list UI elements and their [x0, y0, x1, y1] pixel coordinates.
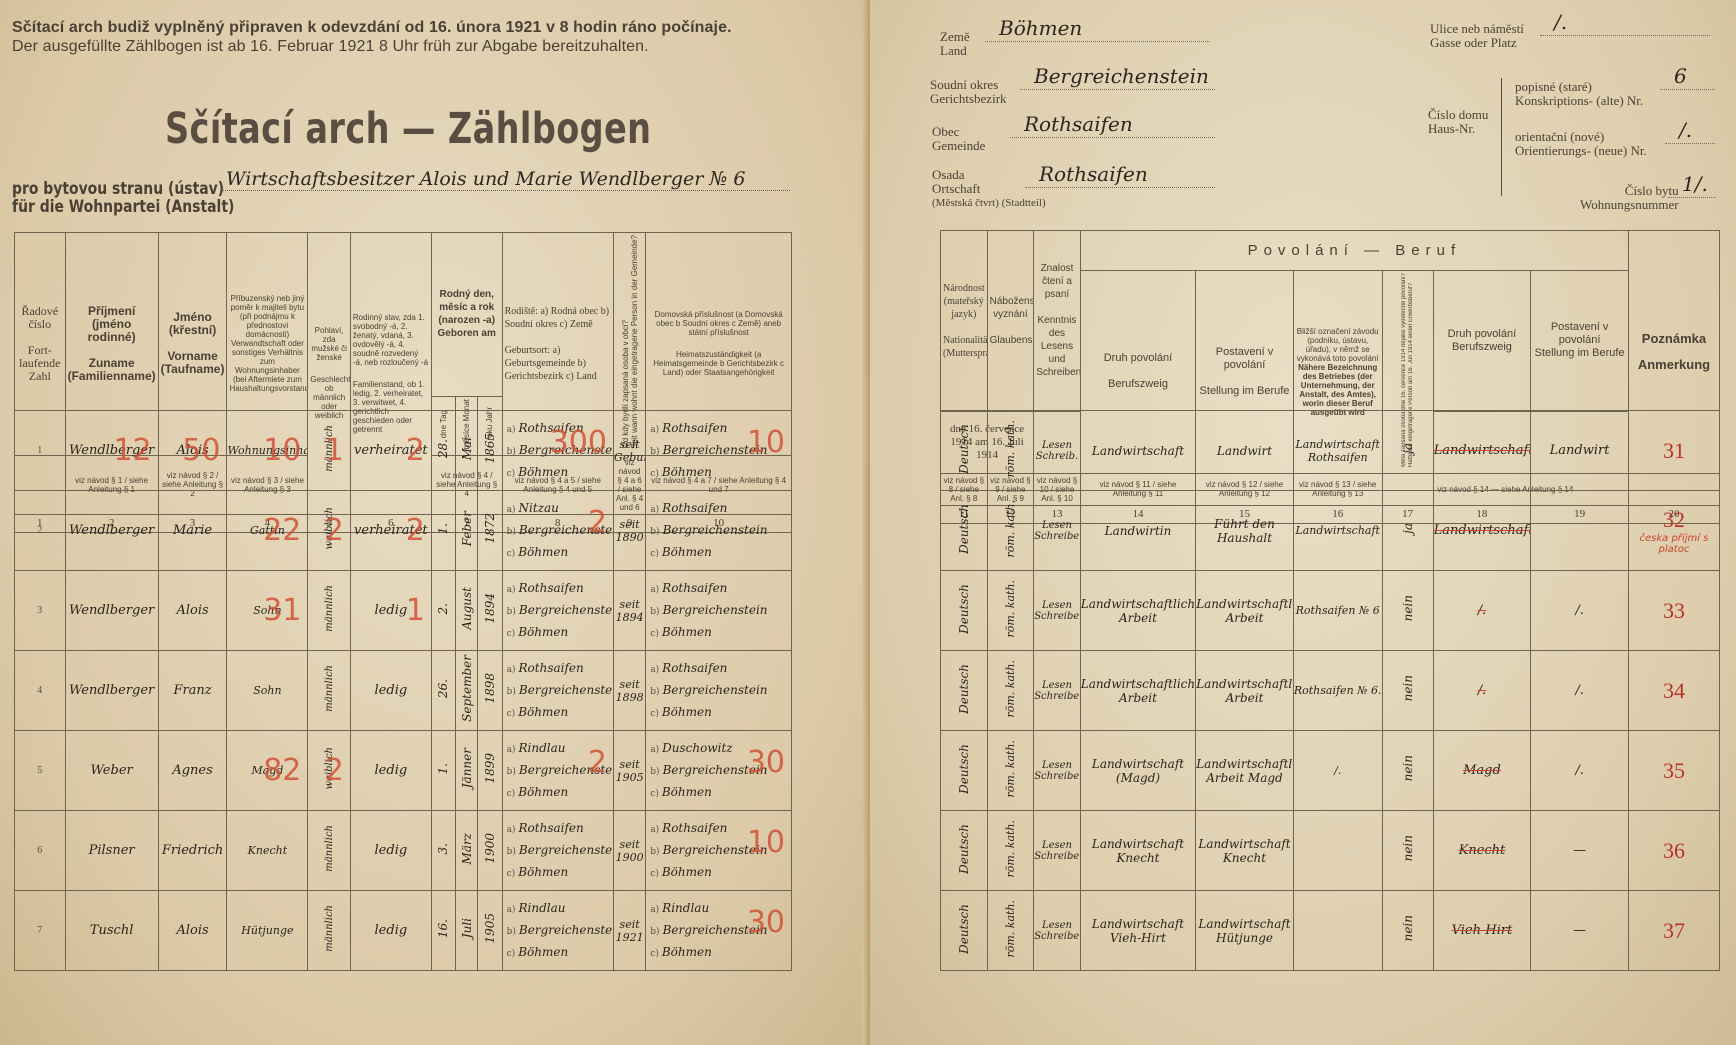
- tally-mark: 10: [747, 433, 785, 453]
- literacy-cell: Lesen Schreiben: [1034, 651, 1081, 731]
- orientation-value: /.: [1665, 118, 1715, 144]
- flat-label: Číslo bytuWohnungsnummer: [1580, 184, 1679, 212]
- left-person-rows: 1 Wendlberger12 Alois50 Wohnungsinhaber1…: [14, 410, 792, 971]
- literacy-cell: Lesen Schreiben: [1034, 891, 1081, 971]
- birthplace-cell: a)Rindlau b)Bergreichenstein c)Böhmen2: [502, 731, 613, 811]
- position-1914-cell: /.: [1531, 571, 1629, 651]
- branch-1914-cell: Magd: [1433, 731, 1531, 811]
- sex-cell: weiblich2: [308, 731, 350, 811]
- surname-cell: Pilsner: [65, 811, 158, 891]
- submission-notice: Sčítací arch budiž vyplněný připraven k …: [12, 18, 732, 56]
- person-row: 6 Pilsner Friedrich Knecht männlich ledi…: [15, 811, 792, 891]
- tally-mark: 1: [406, 593, 425, 628]
- remark-note: česka příjmí s platoc: [1629, 533, 1719, 555]
- establishment-cell: [1293, 891, 1382, 971]
- remark-cell: 36: [1628, 811, 1719, 891]
- sex-cell: männlich: [308, 811, 350, 891]
- residence-since-cell: seit 1905: [613, 731, 645, 811]
- occupation-position-cell: Landwirtschaft Knecht: [1196, 811, 1294, 891]
- residence-since-cell: seit 1921: [613, 891, 645, 971]
- marital-status-cell: ledig1: [350, 571, 431, 651]
- birth-month-cell: Juli: [456, 891, 478, 971]
- person-row: 7 Tuschl Alois Hütjunge männlich ledig 1…: [15, 891, 792, 971]
- residence-since-cell: seit Geburt: [613, 411, 645, 491]
- employed-1914-cell: nein: [1382, 731, 1433, 811]
- sex-cell: weiblich2: [308, 491, 350, 571]
- notice-czech: Sčítací arch budiž vyplněný připraven k …: [12, 18, 732, 37]
- party-value: Wirtschaftsbesitzer Alois und Marie Wend…: [220, 168, 790, 191]
- occupation-branch-cell: Landwirtschaftliche Arbeit: [1080, 571, 1195, 651]
- birthplace-cell: a)Rindlau b)Bergreichenstein c)Böhmen: [502, 891, 613, 971]
- remark-cell: 37: [1628, 891, 1719, 971]
- birthplace-cell: a)Rothsaifen b)Bergreichenstein c)Böhmen: [502, 651, 613, 731]
- birth-month-cell: Mai: [456, 411, 478, 491]
- residence-since-cell: seit 1900: [613, 811, 645, 891]
- district-value: Bergreichenstein: [1020, 64, 1215, 90]
- street-value: /.: [1540, 10, 1710, 36]
- occupation-position-cell: Landwirtschaft Hütjunge: [1196, 891, 1294, 971]
- establishment-cell: /.: [1293, 731, 1382, 811]
- position-1914-cell: /.: [1531, 731, 1629, 811]
- establishment-cell: [1293, 811, 1382, 891]
- branch-1914-cell: /.: [1433, 571, 1531, 651]
- tally-mark: 2: [588, 753, 607, 773]
- religion-cell: röm. kath.: [987, 811, 1034, 891]
- row-number: 2: [15, 491, 66, 571]
- form-title: Sčítací arch — Zählbogen: [165, 104, 651, 154]
- employed-1914-cell: nein: [1382, 891, 1433, 971]
- home-jurisdiction-cell: a)Rothsaifen b)Bergreichenstein c)Böhmen: [646, 571, 792, 651]
- birth-day-cell: 1.: [431, 491, 455, 571]
- nationality-cell: Deutsch: [941, 731, 988, 811]
- marital-status-cell: ledig: [350, 731, 431, 811]
- birth-month-cell: Feber: [456, 491, 478, 571]
- birthplace-cell: a)Rothsaifen b)Bergreichenstein c)Böhmen: [502, 811, 613, 891]
- first-name-cell: Friedrich: [158, 811, 227, 891]
- house-number-brace: [1501, 78, 1509, 196]
- birth-year-cell: 1900: [478, 811, 502, 891]
- municipality-label: ObecGemeinde: [932, 125, 985, 153]
- home-jurisdiction-cell: a)Rindlau b)Bergreichenstein c)Böhmen30: [646, 891, 792, 971]
- remark-number: 34: [1629, 678, 1719, 704]
- land-value: Böhmen: [985, 16, 1210, 42]
- birth-day-cell: 3.: [431, 811, 455, 891]
- locality-value: Rothsaifen: [1025, 162, 1215, 188]
- nationality-cell: Deutsch: [941, 411, 988, 491]
- nationality-cell: Deutsch: [941, 891, 988, 971]
- surname-cell: Tuschl: [65, 891, 158, 971]
- party-label-czech: pro bytovou stranu (ústav): [12, 180, 234, 198]
- remark-cell: 34: [1628, 651, 1719, 731]
- right-person-rows: Deutsch röm. kath. Lesen Schreib. Landwi…: [940, 410, 1720, 971]
- municipality-value: Rothsaifen: [1010, 112, 1215, 138]
- birth-year-cell: 1894: [478, 571, 502, 651]
- tally-mark: 30: [747, 753, 785, 773]
- home-jurisdiction-cell: a)Rothsaifen b)Bergreichenstein c)Böhmen…: [646, 811, 792, 891]
- position-1914-cell: —: [1531, 891, 1629, 971]
- marital-status-cell: ledig: [350, 891, 431, 971]
- relation-cell: Wohnungsinhaber10: [227, 411, 308, 491]
- nationality-cell: Deutsch: [941, 491, 988, 571]
- religion-cell: röm. kath.: [987, 651, 1034, 731]
- birth-year-cell: 1898: [478, 651, 502, 731]
- row-number: 4: [15, 651, 66, 731]
- person-row: Deutsch röm. kath. Lesen Schreiben Landw…: [941, 891, 1720, 971]
- person-row: Deutsch röm. kath. Lesen Schreiben Landw…: [941, 811, 1720, 891]
- tally-mark: 82: [263, 753, 301, 788]
- street-label: Ulice neb náměstíGasse oder Platz: [1430, 22, 1524, 50]
- col-12-header: Náboženské vyznáníGlaubensbekenntnis: [987, 231, 1034, 412]
- party-label-german: für die Wohnpartei (Anstalt): [12, 198, 234, 216]
- remark-number: 37: [1629, 918, 1719, 944]
- occupation-group-header: Povolání — Beruf: [1080, 231, 1628, 271]
- tally-mark: 1: [325, 433, 344, 468]
- conscription-label: popisné (staré) Konskriptions- (alte) Nr…: [1515, 80, 1645, 108]
- person-row: Deutsch röm. kath. Lesen Schreib. Landwi…: [941, 411, 1720, 491]
- occupation-position-cell: Führt den Haushalt: [1196, 491, 1294, 571]
- home-jurisdiction-cell: a)Rothsaifen b)Bergreichenstein c)Böhmen: [646, 491, 792, 571]
- establishment-cell: Landwirtschaft Rothsaifen: [1293, 411, 1382, 491]
- conscription-value: 6: [1660, 64, 1715, 90]
- tally-mark: 2: [325, 513, 344, 548]
- col-13-header: Znalost čtení a psaníKenntnis des Lesens…: [1034, 231, 1081, 412]
- row-number: 7: [15, 891, 66, 971]
- tally-mark: 50: [182, 433, 220, 468]
- person-row: 2 Wendlberger Marie Gattin22 weiblich2 v…: [15, 491, 792, 571]
- home-jurisdiction-cell: a)Rothsaifen b)Bergreichenstein c)Böhmen…: [646, 411, 792, 491]
- birthplace-cell: a)Rothsaifen b)Bergreichenstein c)Böhmen…: [502, 411, 613, 491]
- birth-month-cell: März: [456, 811, 478, 891]
- occupation-branch-cell: Landwirtschaft Vieh-Hirt: [1080, 891, 1195, 971]
- religion-cell: röm. kath.: [987, 491, 1034, 571]
- position-1914-cell: /.: [1531, 651, 1629, 731]
- remark-number: 31: [1629, 438, 1719, 464]
- col-7-header: Rodný den, měsíc a rok (narozen -a)Gebor…: [431, 233, 502, 397]
- employed-1914-cell: ja: [1382, 411, 1433, 491]
- relation-cell: Hütjunge: [227, 891, 308, 971]
- branch-1914-cell: Landwirtschaft: [1433, 411, 1531, 491]
- person-row: Deutsch röm. kath. Lesen Schreiben Landw…: [941, 571, 1720, 651]
- tally-mark: 2: [406, 433, 425, 468]
- birth-year-cell: 1865: [478, 411, 502, 491]
- col-11-header: Národnost (mateřský jazyk)Nationalität (…: [941, 231, 988, 412]
- row-number: 1: [15, 411, 66, 491]
- district-label: Soudní okresGerichtsbezirk: [930, 78, 1007, 106]
- person-row: Deutsch röm. kath. Lesen Schreiben Landw…: [941, 651, 1720, 731]
- sex-cell: männlich: [308, 891, 350, 971]
- surname-cell: Wendlberger: [65, 491, 158, 571]
- person-row: 5 Weber Agnes Magd82 weiblich2 ledig 1. …: [15, 731, 792, 811]
- birth-month-cell: Jänner: [456, 731, 478, 811]
- relation-cell: Sohn: [227, 651, 308, 731]
- col-18-header: Druh povoláníBerufszweig: [1433, 271, 1531, 412]
- surname-cell: Weber: [65, 731, 158, 811]
- tally-mark: 31: [263, 593, 301, 628]
- marital-status-cell: ledig: [350, 811, 431, 891]
- branch-1914-cell: Landwirtschaft: [1433, 491, 1531, 571]
- literacy-cell: Lesen Schreiben: [1034, 491, 1081, 571]
- person-row: 3 Wendlberger Alois Sohn31 männlich ledi…: [15, 571, 792, 651]
- home-jurisdiction-cell: a)Duschowitz b)Bergreichenstein c)Böhmen…: [646, 731, 792, 811]
- orientation-label: orientační (nové) Orientierungs- (neue) …: [1515, 130, 1665, 158]
- remark-cell: 31: [1628, 411, 1719, 491]
- home-jurisdiction-cell: a)Rothsaifen b)Bergreichenstein c)Böhmen: [646, 651, 792, 731]
- branch-1914-cell: Knecht: [1433, 811, 1531, 891]
- employed-1914-cell: nein: [1382, 811, 1433, 891]
- house-number-label: Číslo domuHaus-Nr.: [1428, 108, 1488, 136]
- employed-1914-cell: nein: [1382, 651, 1433, 731]
- first-name-cell: Marie: [158, 491, 227, 571]
- surname-cell: Wendlberger: [65, 571, 158, 651]
- marital-status-cell: ledig: [350, 651, 431, 731]
- establishment-cell: Landwirtschaft: [1293, 491, 1382, 571]
- birthplace-cell: a)Rothsaifen b)Bergreichenstein c)Böhmen: [502, 571, 613, 651]
- employed-1914-cell: ja: [1382, 491, 1433, 571]
- relation-cell: Magd82: [227, 731, 308, 811]
- literacy-cell: Lesen Schreiben: [1034, 731, 1081, 811]
- religion-cell: röm. kath.: [987, 571, 1034, 651]
- sex-cell: männlich: [308, 651, 350, 731]
- religion-cell: röm. kath.: [987, 731, 1034, 811]
- surname-cell: Wendlberger12: [65, 411, 158, 491]
- person-row: Deutsch röm. kath. Lesen Schreiben Landw…: [941, 491, 1720, 571]
- birth-day-cell: 28.: [431, 411, 455, 491]
- position-1914-cell: [1531, 491, 1629, 571]
- tally-mark: 30: [747, 913, 785, 933]
- right-header-row-1: Národnost (mateřský jazyk)Nationalität (…: [941, 231, 1720, 271]
- first-name-cell: Alois: [158, 891, 227, 971]
- remark-cell: 33: [1628, 571, 1719, 651]
- residence-since-cell: seit 1890: [613, 491, 645, 571]
- first-name-cell: Franz: [158, 651, 227, 731]
- sex-cell: männlich1: [308, 411, 350, 491]
- literacy-cell: Lesen Schreiben: [1034, 571, 1081, 651]
- occupation-branch-cell: Landwirtschaft: [1080, 411, 1195, 491]
- occupation-branch-cell: Landwirtschaft Knecht: [1080, 811, 1195, 891]
- birth-day-cell: 1.: [431, 731, 455, 811]
- row-number: 5: [15, 731, 66, 811]
- birthplace-cell: a)Nitzau b)Bergreichenstein c)Böhmen2: [502, 491, 613, 571]
- tally-mark: 10: [747, 833, 785, 853]
- sex-cell: männlich: [308, 571, 350, 651]
- relation-cell: Knecht: [227, 811, 308, 891]
- first-name-cell: Alois50: [158, 411, 227, 491]
- residence-since-cell: seit 1898: [613, 651, 645, 731]
- left-page: Sčítací arch budiž vyplněný připraven k …: [0, 0, 870, 1045]
- col-19-header: Postavení v povoláníStellung im Berufe: [1531, 271, 1629, 412]
- tally-mark: 12: [113, 433, 151, 468]
- establishment-cell: Rothsaifen № 6: [1293, 571, 1382, 651]
- occupation-position-cell: Landwirtschaftl. Arbeit: [1196, 651, 1294, 731]
- person-row: 4 Wendlberger Franz Sohn männlich ledig …: [15, 651, 792, 731]
- nationality-cell: Deutsch: [941, 651, 988, 731]
- remark-number: 36: [1629, 838, 1719, 864]
- occupation-position-cell: Landwirt: [1196, 411, 1294, 491]
- birth-day-cell: 2.: [431, 571, 455, 651]
- marital-status-cell: verheiratet2: [350, 411, 431, 491]
- occupation-position-cell: Landwirtschaftliche Arbeit: [1196, 571, 1294, 651]
- tally-mark: 10: [263, 433, 301, 468]
- person-row: 1 Wendlberger12 Alois50 Wohnungsinhaber1…: [15, 411, 792, 491]
- notice-german: Der ausgefüllte Zählbogen ist ab 16. Feb…: [12, 37, 732, 56]
- branch-1914-cell: Vieh-Hirt: [1433, 891, 1531, 971]
- tally-mark: 300: [550, 433, 607, 453]
- birth-year-cell: 1905: [478, 891, 502, 971]
- literacy-cell: Lesen Schreib.: [1034, 411, 1081, 491]
- nationality-cell: Deutsch: [941, 571, 988, 651]
- establishment-cell: Rothsaifen № 6.: [1293, 651, 1382, 731]
- remark-cell: 35: [1628, 731, 1719, 811]
- relation-cell: Sohn31: [227, 571, 308, 651]
- tally-mark: 2: [588, 513, 607, 533]
- residence-since-cell: seit 1894: [613, 571, 645, 651]
- occupation-branch-cell: Landwirtschaft (Magd): [1080, 731, 1195, 811]
- occupation-branch-cell: Landwirtschaftliche Arbeit: [1080, 651, 1195, 731]
- birth-year-cell: 1899: [478, 731, 502, 811]
- branch-1914-cell: /.: [1433, 651, 1531, 731]
- birth-day-cell: 16.: [431, 891, 455, 971]
- position-1914-cell: Landwirt: [1531, 411, 1629, 491]
- religion-cell: röm. kath.: [987, 411, 1034, 491]
- remark-number: 33: [1629, 598, 1719, 624]
- party-label: pro bytovou stranu (ústav) für die Wohnp…: [12, 180, 234, 216]
- row-number: 6: [15, 811, 66, 891]
- birth-month-cell: August: [456, 571, 478, 651]
- surname-cell: Wendlberger: [65, 651, 158, 731]
- religion-cell: röm. kath.: [987, 891, 1034, 971]
- remark-cell: 32česka příjmí s platoc: [1628, 491, 1719, 571]
- first-name-cell: Alois: [158, 571, 227, 651]
- remark-number: 32: [1629, 507, 1719, 533]
- flat-value: 1/.: [1668, 172, 1716, 198]
- header-row: Řadové čísloFort-laufende Zahl Příjmení …: [15, 233, 792, 397]
- occupation-branch-cell: Landwirtin: [1080, 491, 1195, 571]
- occupation-position-cell: Landwirtschaftliche Arbeit Magd: [1196, 731, 1294, 811]
- marital-status-cell: verheiratet2: [350, 491, 431, 571]
- employed-1914-cell: nein: [1382, 571, 1433, 651]
- birth-year-cell: 1872: [478, 491, 502, 571]
- nationality-cell: Deutsch: [941, 811, 988, 891]
- position-1914-cell: —: [1531, 811, 1629, 891]
- tally-mark: 2: [406, 513, 425, 548]
- tally-mark: 22: [263, 513, 301, 548]
- tally-mark: 2: [325, 753, 344, 788]
- remark-number: 35: [1629, 758, 1719, 784]
- birth-month-cell: September: [456, 651, 478, 731]
- person-row: Deutsch röm. kath. Lesen Schreiben Landw…: [941, 731, 1720, 811]
- land-label: ZeměLand: [940, 30, 970, 58]
- row-number: 3: [15, 571, 66, 651]
- literacy-cell: Lesen Schreiben: [1034, 811, 1081, 891]
- birth-day-cell: 26.: [431, 651, 455, 731]
- relation-cell: Gattin22: [227, 491, 308, 571]
- first-name-cell: Agnes: [158, 731, 227, 811]
